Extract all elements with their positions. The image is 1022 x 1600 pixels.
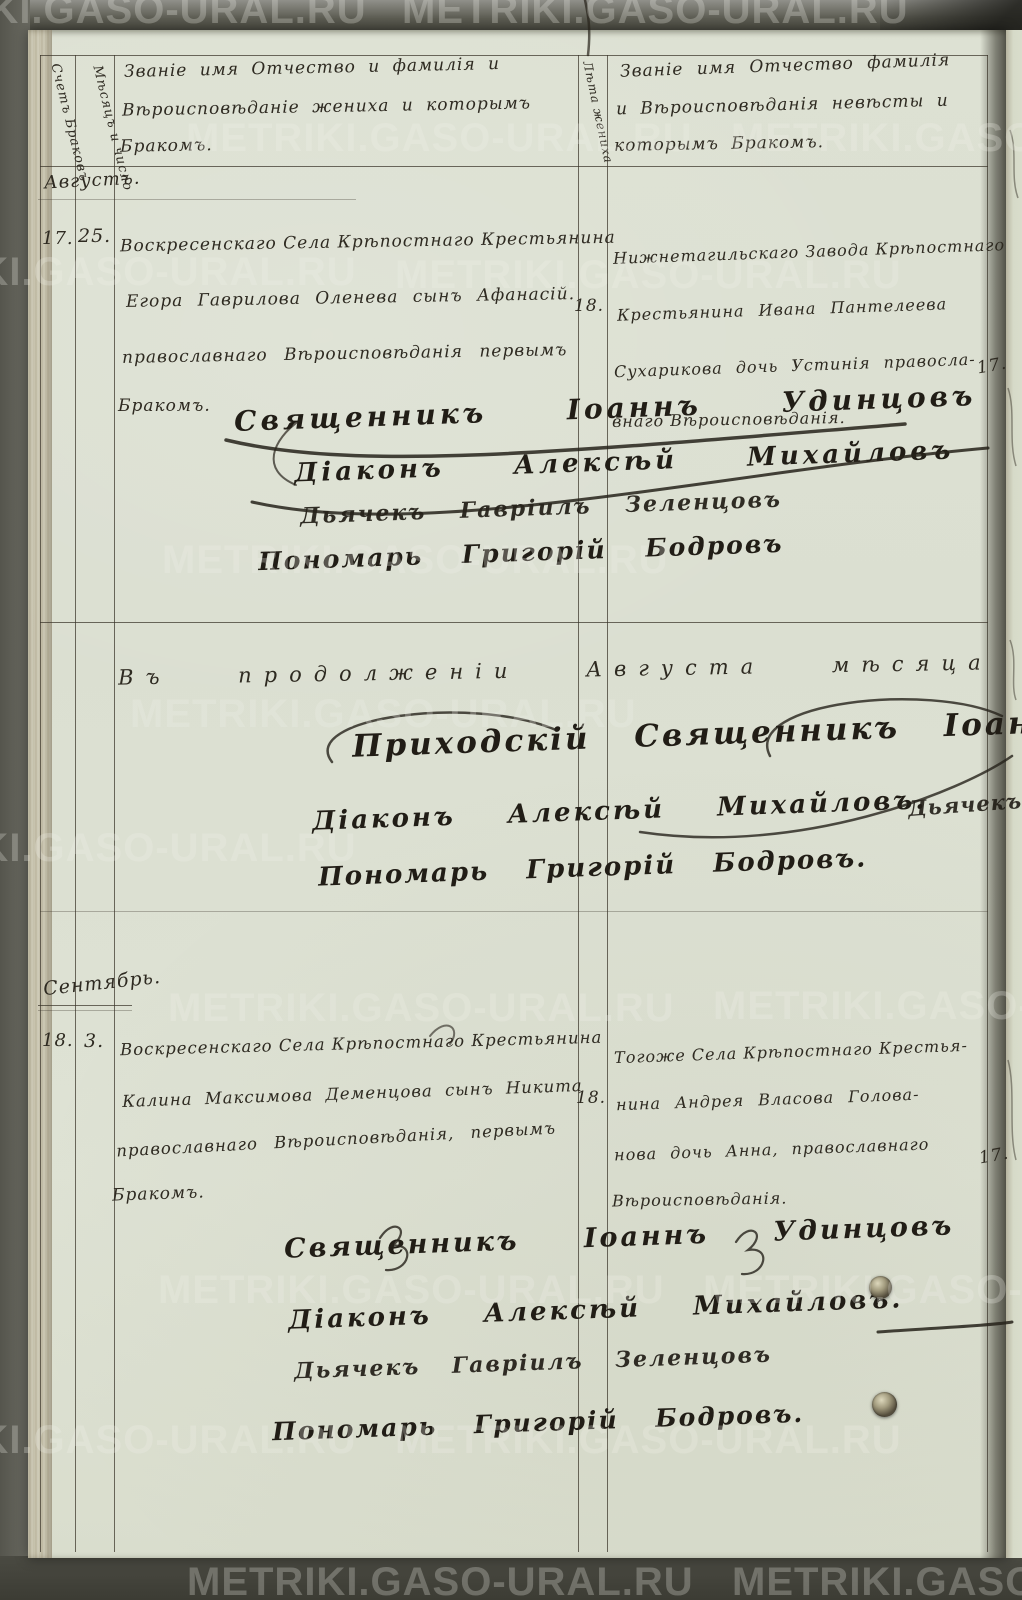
table-line [40,166,988,167]
table-line [38,1005,132,1006]
scan-background-bottom [0,1556,1022,1600]
binder-grommet [869,1276,892,1299]
table-line [40,622,988,623]
header-groom-title-line-3: Бракомъ. [120,135,213,157]
record-2-groom-age: 18. [576,1088,606,1108]
header-bride-title-line-3: которымъ Бракомъ. [614,132,824,156]
archival-scan: Счетъ Браковъ Мѣсяцъ и число Лѣта жениха… [0,0,1022,1600]
record-1-groom-age: 18. [574,296,604,316]
record-2-day: 3. [84,1030,104,1052]
table-line [38,1010,132,1011]
scan-background-top [0,0,1022,34]
scan-background-left [0,0,30,1600]
table-line [75,55,76,1552]
record-1-groom-line-4: Бракомъ. [118,396,211,416]
record-2-number: 18. [42,1030,74,1051]
table-line [114,55,115,1552]
record-2-bride-line-4: Вѣроисповѣданія. [612,1188,788,1210]
record-1-day: 25. [78,225,111,247]
table-line [38,199,356,200]
record-2-groom-line-4: Бракомъ. [112,1182,205,1205]
record-1-number: 17. [42,228,74,249]
binder-grommet [872,1392,897,1417]
table-line [40,55,41,1552]
table-line [40,911,988,912]
